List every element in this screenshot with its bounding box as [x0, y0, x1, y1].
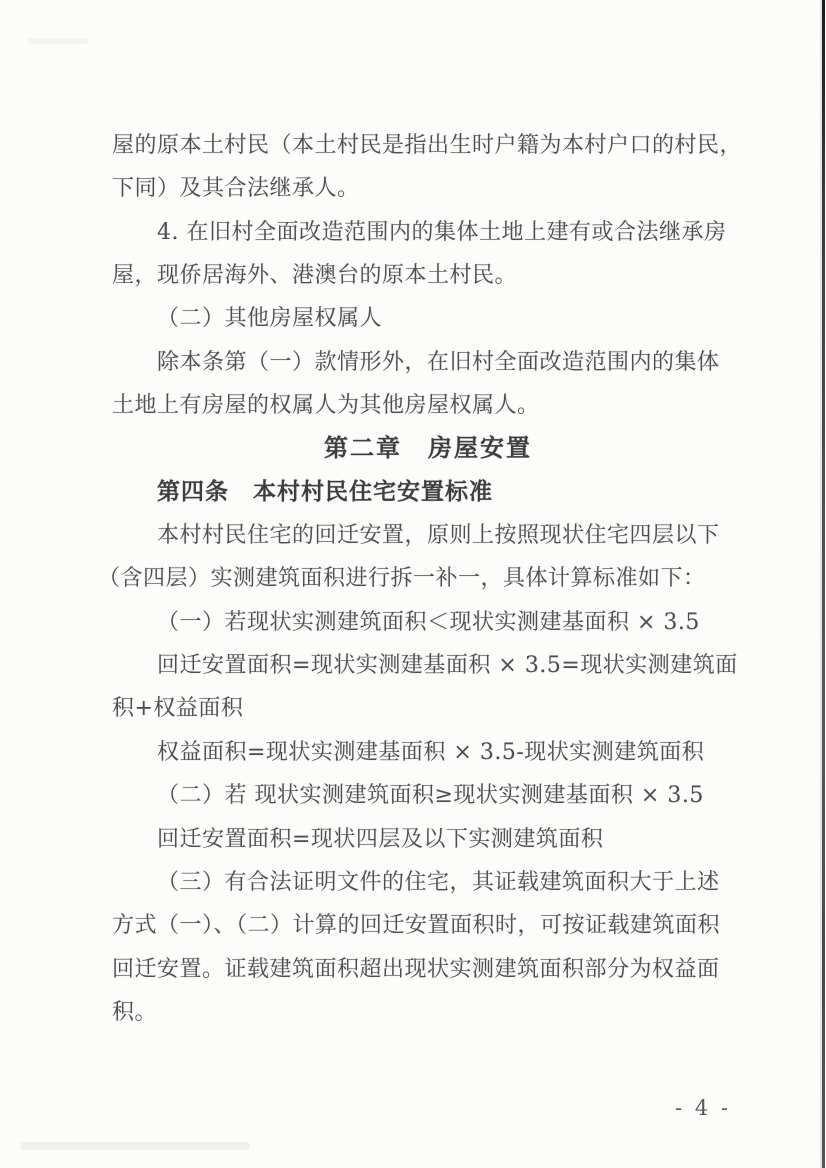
text-line: 4. 在旧村全面改造范围内的集体土地上建有或合法继承房 [112, 211, 744, 254]
text-line: 权益面积=现状实测建基面积 × 3.5-现状实测建筑面积 [112, 731, 744, 774]
text-line: 除本条第（一）款情形外，在旧村全面改造范围内的集体 [112, 341, 744, 384]
scan-smudge-artifact [20, 1142, 250, 1150]
text-line: （二）其他房屋权属人 [112, 297, 744, 340]
scanned-document-page: 屋的原本土村民（本土村民是指出生时户籍为本村户口的村民，下同）及其合法继承人。4… [0, 0, 826, 1168]
text-line: 回迁安置面积=现状四层及以下实测建筑面积 [112, 818, 744, 861]
document-text-block: 屋的原本土村民（本土村民是指出生时户籍为本村户口的村民，下同）及其合法继承人。4… [112, 124, 744, 1034]
text-line: 屋，现侨居海外、港澳台的原本土村民。 [112, 254, 744, 297]
text-line: 积。 [112, 991, 744, 1034]
text-line: 土地上有房屋的权属人为其他房屋权属人。 [112, 384, 744, 427]
text-line: （三）有合法证明文件的住宅，其证载建筑面积大于上述 [112, 861, 744, 904]
text-line: 屋的原本土村民（本土村民是指出生时户籍为本村户口的村民， [112, 124, 744, 167]
text-line: （二）若 现状实测建筑面积≥现状实测建基面积 × 3.5 [112, 774, 744, 817]
chapter-heading: 第二章 房屋安置 [112, 427, 744, 470]
text-line: 本村村民住宅的回迁安置，原则上按照现状住宅四层以下 [112, 514, 744, 557]
scan-smudge-artifact [28, 38, 88, 44]
text-line: （一）若现状实测建筑面积＜现状实测建基面积 × 3.5 [112, 601, 744, 644]
scan-edge-artifact [822, 0, 825, 1168]
text-line: 方式（一）、（二）计算的回迁安置面积时，可按证载建筑面积 [112, 904, 744, 947]
section-heading: 第四条 本村村民住宅安置标准 [112, 471, 744, 514]
text-line: 下同）及其合法继承人。 [112, 167, 744, 210]
text-line: 回迁安置面积=现状实测建基面积 × 3.5=现状实测建筑面 [112, 644, 744, 687]
page-number: - 4 - [640, 1093, 766, 1123]
text-line: 回迁安置。证载建筑面积超出现状实测建筑面积部分为权益面 [112, 948, 744, 991]
text-line: （含四层）实测建筑面积进行拆一补一，具体计算标准如下： [98, 557, 744, 600]
text-line: 积+权益面积 [112, 687, 744, 730]
